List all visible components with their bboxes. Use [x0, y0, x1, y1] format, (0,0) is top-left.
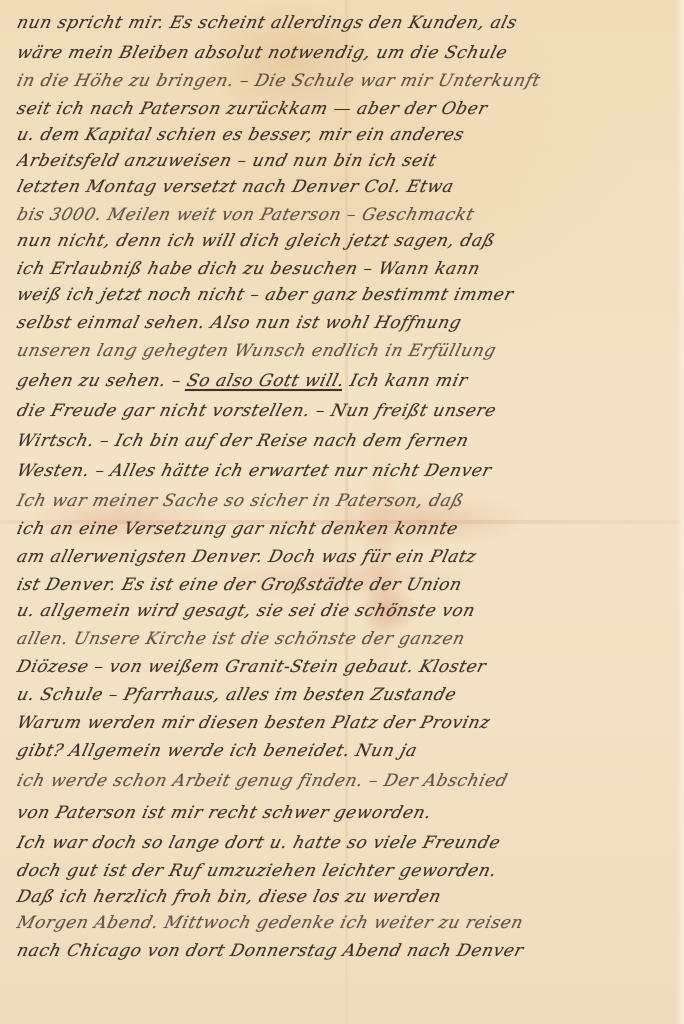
handwritten-line: am allerwenigsten Denver. Doch was für e… — [14, 544, 680, 570]
handwritten-line: Westen. – Alles hätte ich erwartet nur n… — [14, 458, 680, 484]
handwritten-line: ich an eine Versetzung gar nicht denken … — [14, 516, 680, 542]
handwritten-line: nach Chicago von dort Donnerstag Abend n… — [14, 938, 680, 964]
handwritten-text-block: nun spricht mir. Es scheint allerdings d… — [0, 0, 684, 1024]
handwritten-line: in die Höhe zu bringen. – Die Schule war… — [14, 68, 680, 94]
handwritten-line: u. Schule – Pfarrhaus, alles im besten Z… — [14, 682, 680, 708]
handwritten-line: nun spricht mir. Es scheint allerdings d… — [14, 10, 680, 36]
handwritten-line: ist Denver. Es ist eine der Großstädte d… — [14, 572, 680, 598]
handwritten-line: Arbeitsfeld anzuweisen – und nun bin ich… — [14, 148, 680, 174]
letter-page: nun spricht mir. Es scheint allerdings d… — [0, 0, 684, 1024]
handwritten-line: Wirtsch. – Ich bin auf der Reise nach de… — [14, 428, 680, 454]
handwritten-line: ich werde schon Arbeit genug finden. – D… — [14, 768, 680, 794]
handwritten-line: gibt? Allgemein werde ich beneidet. Nun … — [14, 738, 680, 764]
handwritten-line: Morgen Abend. Mittwoch gedenke ich weite… — [14, 910, 680, 936]
handwritten-line: Ich war meiner Sache so sicher in Paters… — [14, 488, 680, 514]
handwritten-line: wäre mein Bleiben absolut notwendig, um … — [14, 40, 680, 66]
handwritten-line: doch gut ist der Ruf umzuziehen leichter… — [14, 858, 680, 884]
handwritten-line: weiß ich jetzt noch nicht – aber ganz be… — [14, 282, 680, 308]
handwritten-line: unseren lang gehegten Wunsch endlich in … — [14, 338, 680, 364]
handwritten-line: Diözese – von weißem Granit-Stein gebaut… — [14, 654, 680, 680]
handwritten-line: gehen zu sehen. – So also Gott will. Ich… — [14, 368, 680, 394]
handwritten-line: allen. Unsere Kirche ist die schönste de… — [14, 626, 680, 652]
handwritten-line: die Freude gar nicht vorstellen. – Nun f… — [14, 398, 680, 424]
handwritten-line: nun nicht, denn ich will dich gleich jet… — [14, 228, 680, 254]
handwritten-line: Ich war doch so lange dort u. hatte so v… — [14, 830, 680, 856]
handwritten-line: Warum werden mir diesen besten Platz der… — [14, 710, 680, 736]
handwritten-line: selbst einmal sehen. Also nun ist wohl H… — [14, 310, 680, 336]
handwritten-line: u. dem Kapital schien es besser, mir ein… — [14, 122, 680, 148]
handwritten-line: bis 3000. Meilen weit von Paterson – Ges… — [14, 202, 680, 228]
underlined-phrase: So also Gott will. — [185, 371, 347, 391]
handwritten-line: seit ich nach Paterson zurückkam — aber … — [14, 96, 680, 122]
handwritten-line: von Paterson ist mir recht schwer geword… — [14, 800, 680, 826]
handwritten-line: letzten Montag versetzt nach Denver Col.… — [14, 174, 680, 200]
handwritten-line: u. allgemein wird gesagt, sie sei die sc… — [14, 598, 680, 624]
line-text: Ich kann mir — [342, 371, 470, 391]
handwritten-line: Daß ich herzlich froh bin, diese los zu … — [14, 884, 680, 910]
handwritten-line: ich Erlaubniß habe dich zu besuchen – Wa… — [14, 256, 680, 282]
line-text: gehen zu sehen. – — [15, 371, 190, 391]
